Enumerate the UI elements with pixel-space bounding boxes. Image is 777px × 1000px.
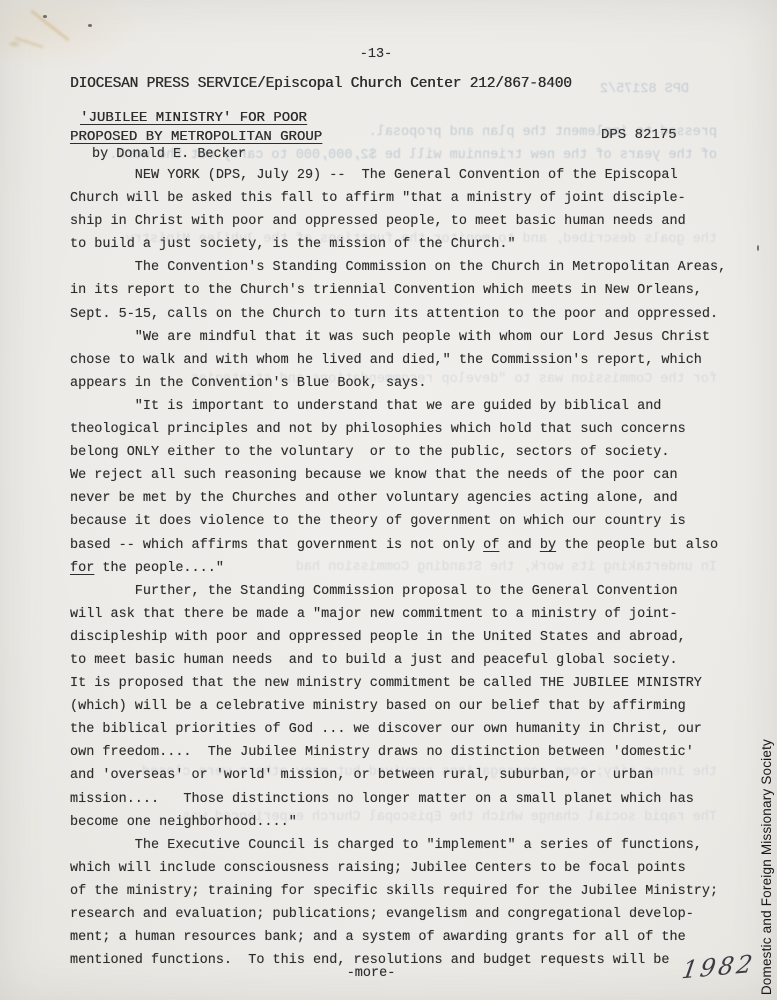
body-line: ment; a human resources bank; and a syst…	[70, 926, 726, 949]
body-line: own freedom.... The Jubilee Ministry dra…	[70, 741, 726, 764]
letterhead: DIOCESAN PRESS SERVICE/Episcopal Church …	[70, 76, 572, 92]
body-line: "It is important to understand that we a…	[70, 395, 726, 418]
body-line: because it does violence to the theory o…	[70, 510, 726, 533]
body-line: Church will be asked this fall to affirm…	[70, 187, 726, 210]
body-line: chose to walk and with whom he lived and…	[70, 349, 726, 372]
handwritten-year: 1982	[680, 950, 757, 985]
body-line: in its report to the Church's triennial …	[70, 279, 726, 302]
document-body: NEW YORK (DPS, July 29) -- The General C…	[70, 164, 726, 972]
body-line: for the people...."	[70, 557, 726, 580]
headline: 'JUBILEE MINISTRY' FOR POOR PROPOSED BY …	[70, 109, 322, 147]
text-segment: the people but also	[556, 538, 718, 553]
body-line: It is proposed that the new ministry com…	[70, 672, 726, 695]
text-segment: and	[499, 538, 540, 553]
headline-line-2: PROPOSED BY METROPOLITAN GROUP	[70, 129, 322, 145]
body-line: based -- which affirms that government i…	[70, 534, 726, 557]
vertical-margin-text: Domestic and Foreign Missionary Society	[759, 739, 774, 995]
headline-line-1: 'JUBILEE MINISTRY' FOR POOR	[80, 110, 307, 126]
underlined-word: of	[483, 538, 499, 553]
body-line: will ask that there be made a "major new…	[70, 603, 726, 626]
doc-number: DPS 82175	[601, 127, 677, 143]
body-line: to meet basic human needs and to build a…	[70, 649, 726, 672]
byline: by Donald E. Becker	[92, 147, 246, 162]
body-line: which will include consciousness raising…	[70, 857, 726, 880]
body-line: We reject all such reasoning because we …	[70, 464, 726, 487]
body-line: The Convention's Standing Commission on …	[70, 256, 726, 279]
bleed-line: DPS 82175/2	[600, 82, 689, 97]
underlined-word: by	[540, 538, 556, 553]
body-line: appears in the Convention's Blue Book, s…	[70, 372, 726, 395]
body-line: ship in Christ with poor and oppressed p…	[70, 210, 726, 233]
stain-mark	[30, 10, 70, 42]
scanned-press-release-page: DPS 82175/2pressed to implement the plan…	[0, 0, 777, 1000]
body-line: become one neighborhood...."	[70, 811, 726, 834]
underlined-word: for	[70, 561, 94, 576]
body-line: research and evaluation; publications; e…	[70, 903, 726, 926]
body-line: The Executive Council is charged to "imp…	[70, 834, 726, 857]
ink-speck	[43, 15, 47, 18]
text-segment: based -- which affirms that government i…	[70, 538, 483, 553]
ink-speck	[757, 245, 759, 251]
body-line: never be met by the Churches and other v…	[70, 487, 726, 510]
body-line: Sept. 5-15, calls on the Church to turn …	[70, 303, 726, 326]
body-line: of the ministry; training for specific s…	[70, 880, 726, 903]
body-line: Further, the Standing Commission proposa…	[70, 580, 726, 603]
body-line: mission.... Those distinctions no longer…	[70, 788, 726, 811]
body-line: (which) will be a celebrative ministry b…	[70, 695, 726, 718]
body-line: and 'overseas' or 'world' mission, or be…	[70, 764, 726, 787]
footer-more: -more-	[0, 966, 742, 981]
text-segment: the people...."	[94, 561, 224, 576]
page-number: -13-	[0, 47, 752, 62]
body-line: belong ONLY either to the voluntary or t…	[70, 441, 726, 464]
body-line: discipleship with poor and oppressed peo…	[70, 626, 726, 649]
body-line: to build a just society, is the mission …	[70, 233, 726, 256]
body-line: NEW YORK (DPS, July 29) -- The General C…	[70, 164, 726, 187]
body-line: theological principles and not by philos…	[70, 418, 726, 441]
body-line: "We are mindful that it was such people …	[70, 326, 726, 349]
ink-speck	[88, 24, 92, 27]
body-line: the biblical priorities of God ... we di…	[70, 718, 726, 741]
